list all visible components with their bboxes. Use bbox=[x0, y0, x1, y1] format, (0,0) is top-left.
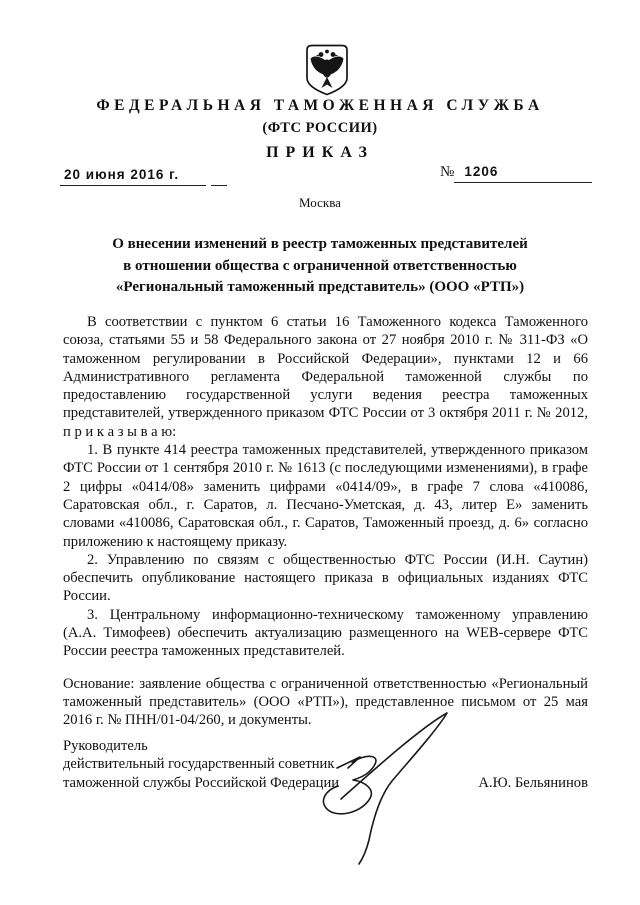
document-page: ФЕДЕРАЛЬНАЯ ТАМОЖЕННАЯ СЛУЖБА (ФТС РОССИ… bbox=[0, 0, 640, 905]
order-item-2: 2. Управлению по связям с общественность… bbox=[63, 551, 588, 606]
signer-name: А.Ю. Бельянинов bbox=[478, 774, 588, 792]
org-abbreviation: (ФТС РОССИИ) bbox=[0, 120, 640, 137]
signer-position-line: действительный государственный советник bbox=[63, 755, 339, 773]
number-sign: № bbox=[440, 164, 454, 180]
document-date: 20 июня 2016 г. bbox=[60, 167, 206, 186]
document-type-heading: ПРИКАЗ bbox=[0, 144, 640, 162]
signer-position-line: таможенной службы Российской Федерации bbox=[63, 774, 339, 792]
title-line: в отношении общества с ограниченной отве… bbox=[0, 256, 640, 278]
city-label: Москва bbox=[0, 195, 640, 211]
number-row: №1206 bbox=[440, 164, 592, 183]
date-row: 20 июня 2016 г. bbox=[60, 166, 227, 186]
org-name: ФЕДЕРАЛЬНАЯ ТАМОЖЕННАЯ СЛУЖБА bbox=[0, 97, 640, 115]
document-title: О внесении изменений в реестр таможенных… bbox=[0, 234, 640, 299]
order-item-3: 3. Центральному информационно-техническо… bbox=[63, 606, 588, 661]
title-line: О внесении изменений в реестр таможенных… bbox=[0, 234, 640, 256]
handwritten-signature bbox=[318, 700, 458, 870]
signer-position-line: Руководитель bbox=[63, 737, 339, 755]
title-line: «Региональный таможенный представитель» … bbox=[0, 277, 640, 299]
signer-position: Руководитель действительный государствен… bbox=[63, 737, 339, 792]
date-underline-tail bbox=[211, 168, 227, 186]
document-body: В соответствии с пунктом 6 статьи 16 Там… bbox=[63, 313, 588, 730]
russian-coat-of-arms-icon bbox=[305, 44, 349, 96]
order-item-1: 1. В пункте 414 реестра таможенных предс… bbox=[63, 441, 588, 551]
document-number: 1206 bbox=[454, 164, 592, 183]
preamble-paragraph: В соответствии с пунктом 6 статьи 16 Там… bbox=[63, 313, 588, 441]
